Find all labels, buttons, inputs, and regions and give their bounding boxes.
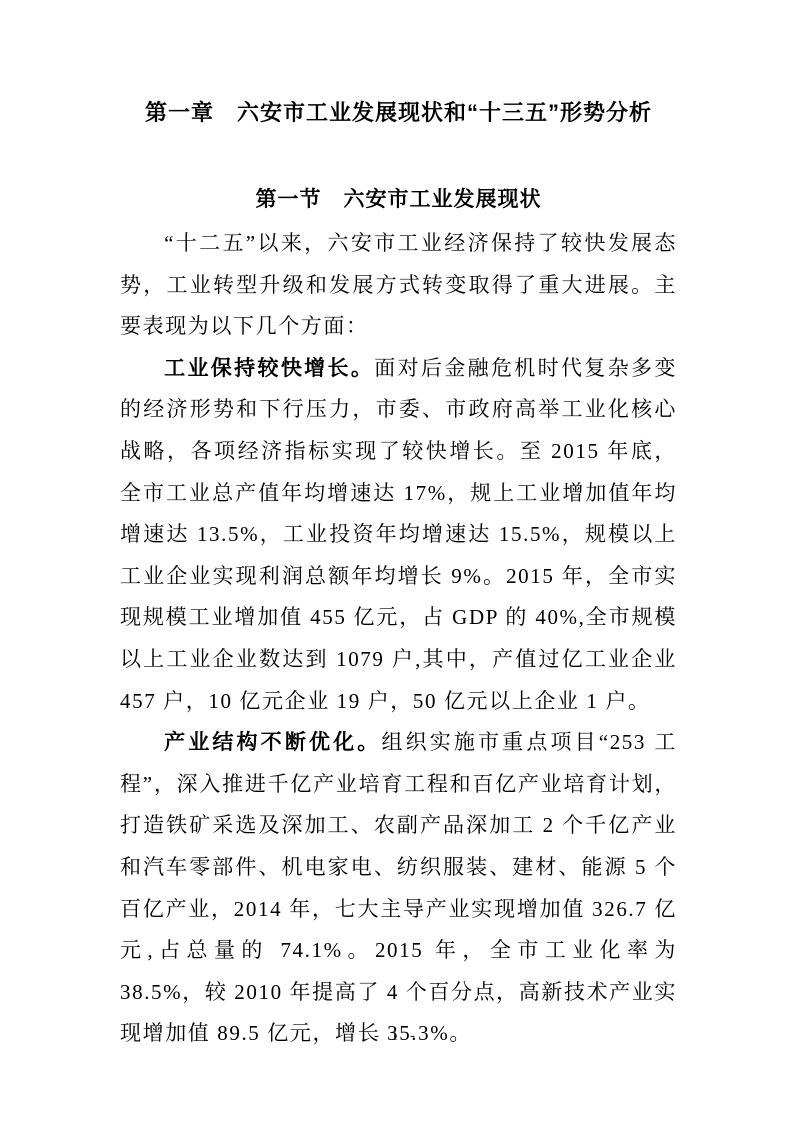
paragraph-industry-growth: 工业保持较快增长。面对后金融危机时代复杂多变的经济形势和下行压力，市委、市政府高…: [120, 348, 677, 722]
paragraph-intro-text: “十二五”以来，六安市工业经济保持了较快发展态势，工业转型升级和发展方式转变取得…: [120, 231, 677, 338]
paragraph-industry-growth-lead: 工业保持较快增长。: [164, 357, 374, 380]
chapter-title: 第一章 六安市工业发展现状和“十三五”形势分析: [120, 97, 677, 129]
paragraph-structure-optimization: 产业结构不断优化。组织实施市重点项目“253 工程”，深入推进千亿产业培育工程和…: [120, 722, 677, 1055]
paragraph-structure-optimization-text: 组织实施市重点项目“253 工程”，深入推进千亿产业培育工程和百亿产业培育计划，…: [120, 730, 677, 1045]
paragraph-industry-growth-text: 面对后金融危机时代复杂多变的经济形势和下行压力，市委、市政府高举工业化核心战略，…: [120, 356, 677, 713]
section-title: 第一节 六安市工业发展现状: [120, 185, 677, 215]
page-content: 第一章 六安市工业发展现状和“十三五”形势分析 第一节 六安市工业发展现状 “十…: [120, 0, 677, 1055]
document-page: 第一章 六安市工业发展现状和“十三五”形势分析 第一节 六安市工业发展现状 “十…: [0, 0, 793, 1122]
paragraph-intro: “十二五”以来，六安市工业经济保持了较快发展态势，工业转型升级和发展方式转变取得…: [120, 223, 677, 348]
page-number: - 1 -: [0, 1028, 793, 1045]
paragraph-structure-optimization-lead: 产业结构不断优化。: [164, 731, 381, 754]
body-text: “十二五”以来，六安市工业经济保持了较快发展态势，工业转型升级和发展方式转变取得…: [120, 223, 677, 1055]
